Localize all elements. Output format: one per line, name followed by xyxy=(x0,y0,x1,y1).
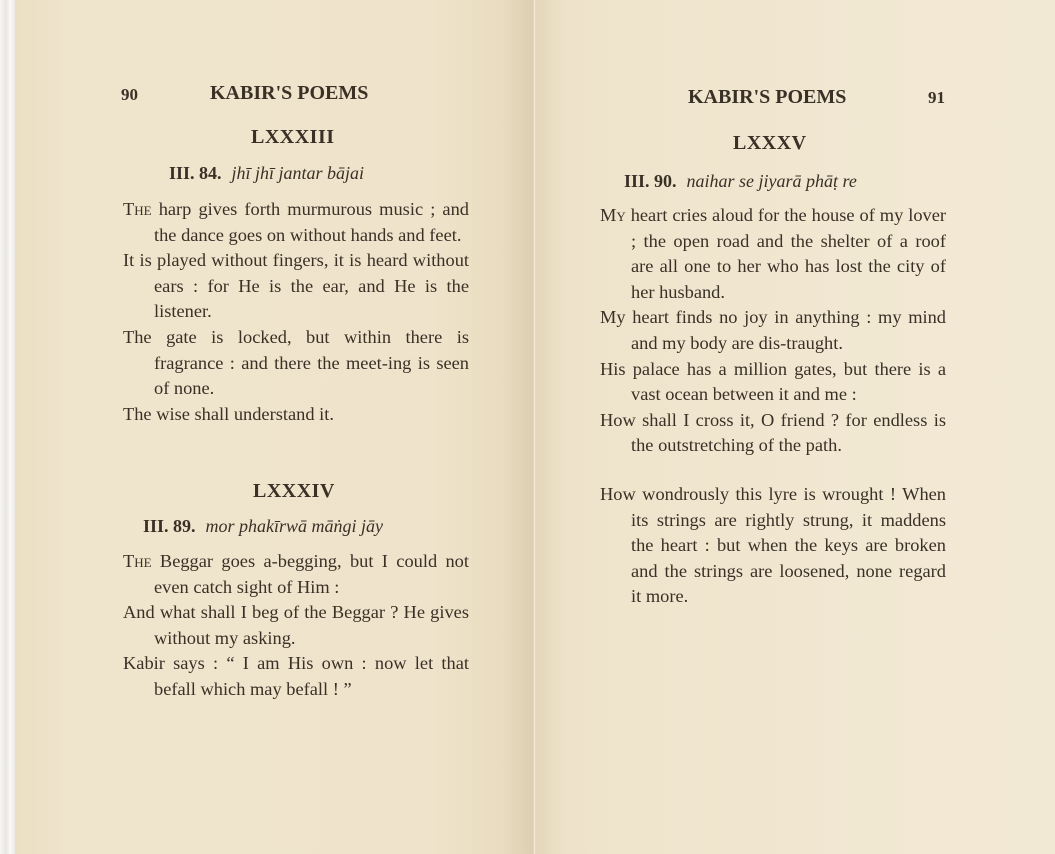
reference-number: III. 84. xyxy=(169,163,222,183)
poem-number: LXXXIV xyxy=(253,480,335,503)
verse-initial-word: The xyxy=(123,199,152,219)
book-spread: 90 KABIR'S POEMS LXXXIII III. 84.jhī jhī… xyxy=(15,0,1055,854)
reference-title: jhī jhī jantar bājai xyxy=(232,163,365,183)
verse: Kabir says : “ I am His own : now let th… xyxy=(123,651,469,702)
reference-number: III. 90. xyxy=(624,171,677,191)
verse: The harp gives forth murmurous music ; a… xyxy=(123,197,469,248)
verse: The Beggar goes a-begging, but I could n… xyxy=(123,549,469,600)
poem-text: My heart cries aloud for the house of my… xyxy=(600,203,946,610)
verse: His palace has a million gates, but ther… xyxy=(600,357,946,408)
running-head: KABIR'S POEMS xyxy=(210,82,368,105)
poem-reference: III. 89.mor phakīrwā māṅgi jāy xyxy=(143,516,383,537)
verse-initial-word: The xyxy=(123,551,152,571)
verse: How wondrously this lyre is wrought ! Wh… xyxy=(600,482,946,610)
verse: The gate is locked, but within there is … xyxy=(123,325,469,402)
reference-title: naihar se jiyarā phāṭ re xyxy=(687,171,857,191)
reference-number: III. 89. xyxy=(143,516,196,536)
verse-text: heart cries aloud for the house of my lo… xyxy=(626,205,946,302)
poem-reference: III. 84.jhī jhī jantar bājai xyxy=(169,163,364,184)
page-number: 91 xyxy=(928,88,945,108)
verse: It is played without fingers, it is hear… xyxy=(123,248,469,325)
poem-text: The harp gives forth murmurous music ; a… xyxy=(123,197,469,427)
verse-initial-word: My xyxy=(600,205,626,225)
poem-number: LXXXIII xyxy=(251,126,335,149)
poem-text: The Beggar goes a-begging, but I could n… xyxy=(123,549,469,703)
verse: How shall I cross it, O friend ? for end… xyxy=(600,408,946,459)
poem-reference: III. 90.naihar se jiyarā phāṭ re xyxy=(624,171,857,192)
verse-text: Beggar goes a-begging, but I could not e… xyxy=(152,551,469,597)
verse: And what shall I beg of the Beggar ? He … xyxy=(123,600,469,651)
verse: My heart finds no joy in anything : my m… xyxy=(600,305,946,356)
right-page: KABIR'S POEMS 91 LXXXV III. 90.naihar se… xyxy=(536,0,1055,854)
reference-title: mor phakīrwā māṅgi jāy xyxy=(206,516,384,536)
viewer-left-edge xyxy=(0,0,15,854)
book-scan-viewer: 90 KABIR'S POEMS LXXXIII III. 84.jhī jhī… xyxy=(0,0,1055,854)
running-head: KABIR'S POEMS xyxy=(688,86,846,109)
poem-number: LXXXV xyxy=(733,132,807,155)
verse: The wise shall understand it. xyxy=(123,402,469,428)
verse-text: harp gives forth murmurous music ; and t… xyxy=(152,199,469,245)
verse: My heart cries aloud for the house of my… xyxy=(600,203,946,305)
left-page: 90 KABIR'S POEMS LXXXIII III. 84.jhī jhī… xyxy=(15,0,533,854)
page-number: 90 xyxy=(121,85,138,105)
